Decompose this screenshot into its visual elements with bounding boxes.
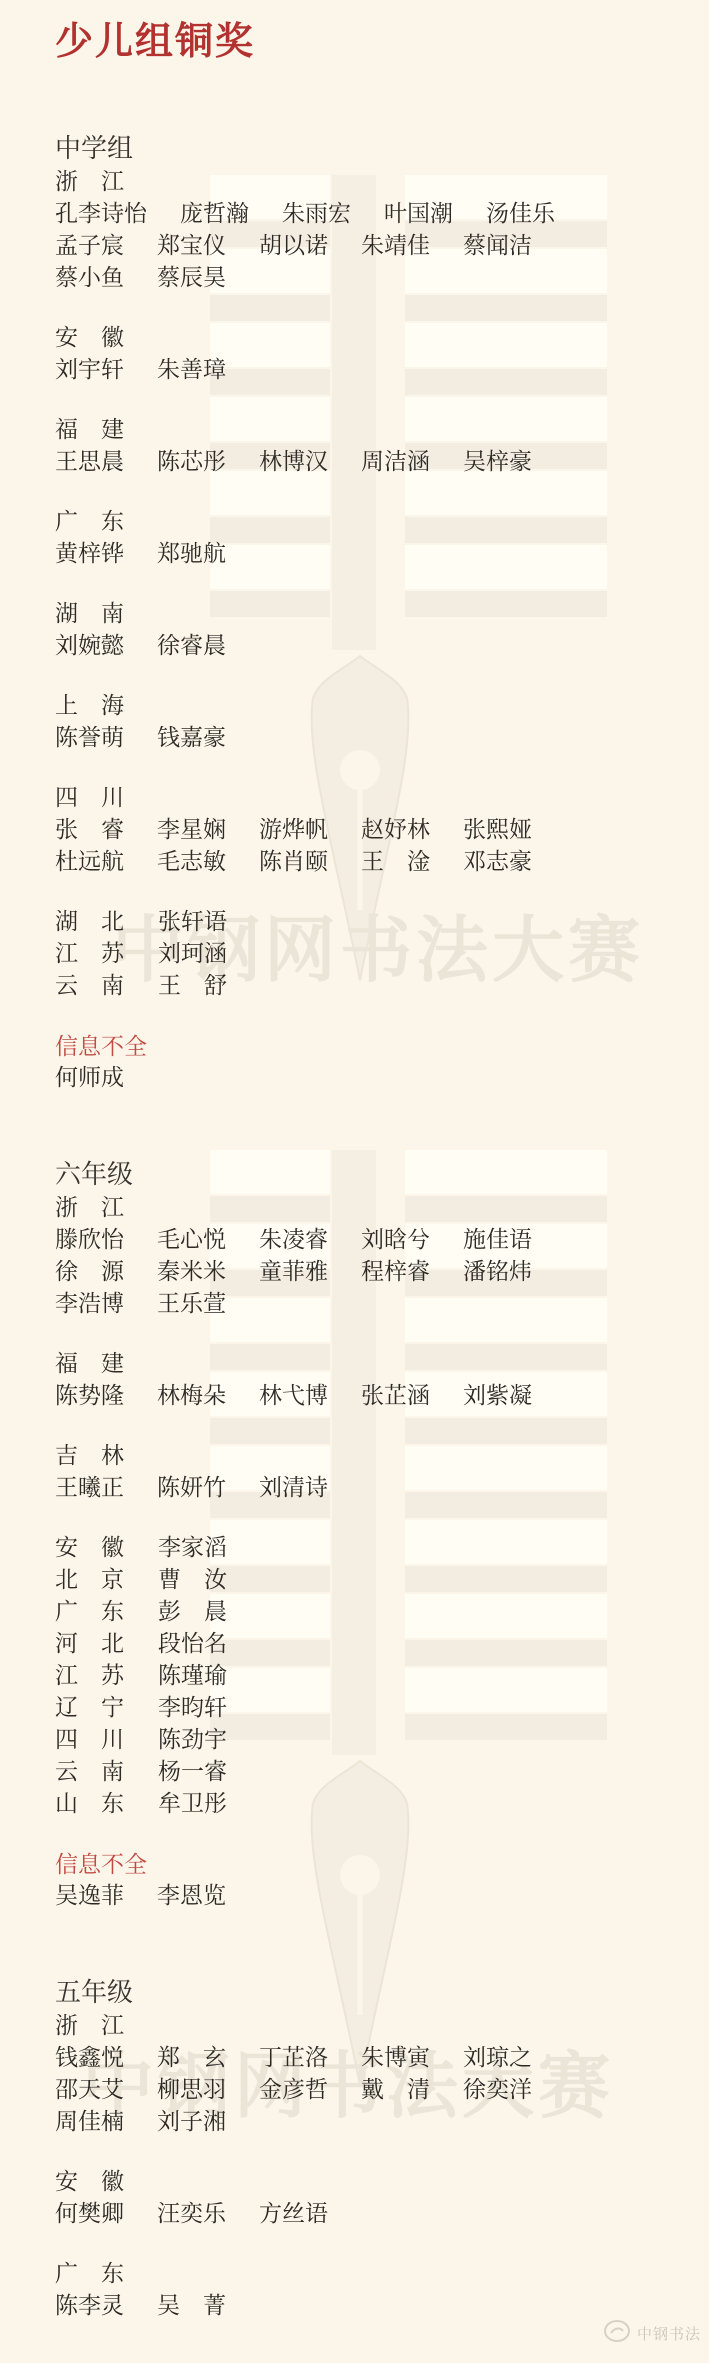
footer-brand: 中钢书法	[603, 2319, 701, 2347]
winner-name: 朱博寅	[361, 2042, 430, 2074]
winner-row: 刘宇轩朱善璋	[55, 354, 693, 386]
winner-name: 邵天艾	[55, 2074, 124, 2106]
winner-name: 吴逸菲	[55, 1880, 124, 1912]
incomplete-info-label: 信息不全	[55, 1848, 693, 1880]
winner-name: 朱靖佳	[361, 230, 430, 262]
grade-heading: 中学组	[55, 130, 693, 166]
winner-row: 陈李灵吴 菁	[55, 2290, 693, 2322]
winner-name: 黄梓铧	[55, 538, 124, 570]
winner-name: 游烨帆	[259, 814, 328, 846]
winner-row: 杜远航毛志敏陈肖颐王 淦邓志豪	[55, 846, 693, 878]
province-label: 江 苏	[55, 1660, 158, 1692]
winner-name: 王 淦	[361, 846, 430, 878]
winner-name: 柳思羽	[157, 2074, 226, 2106]
winner-name: 朱凌睿	[259, 1224, 328, 1256]
winner-name: 李浩博	[55, 1288, 124, 1320]
grade-section: 五年级浙 江钱鑫悦郑 玄丁芷洛朱博寅刘琼之邵天艾柳思羽金彦哲戴 清徐奕洋周佳楠刘…	[55, 1974, 693, 2322]
award-list: 中学组浙 江孔李诗怡庞哲瀚朱雨宏叶国潮汤佳乐孟子宸郑宝仪胡以诺朱靖佳蔡闻洁蔡小鱼…	[55, 130, 693, 2322]
winner-name: 刘宇轩	[55, 354, 124, 386]
winner-name: 徐睿晨	[157, 630, 226, 662]
grade-section: 六年级浙 江滕欣怡毛心悦朱凌睿刘晗兮施佳语徐 源秦米米童菲雅程梓睿潘铭炜李浩博王…	[55, 1156, 693, 1912]
winner-name: 孟子宸	[55, 230, 124, 262]
province-label: 湖 北	[55, 906, 158, 938]
winner-row: 四 川陈劲宇	[55, 1724, 693, 1756]
winner-name: 孔李诗怡	[55, 198, 147, 230]
winner-name: 陈势隆	[55, 1380, 124, 1412]
winner-name: 陈妍竹	[157, 1472, 226, 1504]
winner-row: 云 南杨一睿	[55, 1756, 693, 1788]
winner-name: 朱雨宏	[282, 198, 351, 230]
winner-row: 上 海	[55, 690, 693, 722]
winner-row: 陈势隆林梅朵林弋博张芷涵刘紫凝	[55, 1380, 693, 1412]
winner-row: 广 东彭 晨	[55, 1596, 693, 1628]
winner-row: 北 京曹 汝	[55, 1564, 693, 1596]
winner-row: 王曦正陈妍竹刘清诗	[55, 1472, 693, 1504]
winner-name: 毛心悦	[157, 1224, 226, 1256]
province-label: 吉 林	[55, 1440, 158, 1472]
winner-name: 徐奕洋	[463, 2074, 532, 2106]
winner-row: 云 南王 舒	[55, 970, 693, 1002]
winner-row: 浙 江	[55, 166, 693, 198]
winner-name: 林博汉	[259, 446, 328, 478]
award-page: 中钢网书法大赛 中钢网书法大赛 少儿组铜奖 中学组浙 江孔李诗怡庞哲瀚朱雨宏叶国…	[0, 0, 709, 2363]
winner-row: 辽 宁李昀轩	[55, 1692, 693, 1724]
winner-row: 王思晨陈芯彤林博汉周洁涵吴梓豪	[55, 446, 693, 478]
winner-name: 秦米米	[157, 1256, 226, 1288]
grade-section: 中学组浙 江孔李诗怡庞哲瀚朱雨宏叶国潮汤佳乐孟子宸郑宝仪胡以诺朱靖佳蔡闻洁蔡小鱼…	[55, 130, 693, 1094]
winner-name: 杨一睿	[158, 1756, 227, 1788]
winner-name: 陈瑾瑜	[158, 1660, 227, 1692]
winner-row: 孟子宸郑宝仪胡以诺朱靖佳蔡闻洁	[55, 230, 693, 262]
winner-name: 刘珂涵	[158, 938, 227, 970]
winner-row: 浙 江	[55, 1192, 693, 1224]
winner-row: 滕欣怡毛心悦朱凌睿刘晗兮施佳语	[55, 1224, 693, 1256]
winner-name: 赵妤林	[361, 814, 430, 846]
province-label: 辽 宁	[55, 1692, 158, 1724]
winner-row: 浙 江	[55, 2010, 693, 2042]
winner-row: 河 北段怡名	[55, 1628, 693, 1660]
winner-name: 王曦正	[55, 1472, 124, 1504]
winner-name: 周洁涵	[361, 446, 430, 478]
winner-name: 刘清诗	[259, 1472, 328, 1504]
winner-row: 刘婉懿徐睿晨	[55, 630, 693, 662]
winner-name: 李昀轩	[158, 1692, 227, 1724]
winner-name: 刘琼之	[463, 2042, 532, 2074]
province-label: 福 建	[55, 414, 158, 446]
winner-row: 何樊卿汪奕乐方丝语	[55, 2198, 693, 2230]
province-label: 浙 江	[55, 166, 158, 198]
winner-name: 蔡小鱼	[55, 262, 124, 294]
winner-row: 钱鑫悦郑 玄丁芷洛朱博寅刘琼之	[55, 2042, 693, 2074]
winner-row: 四 川	[55, 782, 693, 814]
winner-name: 叶国潮	[384, 198, 453, 230]
province-label: 福 建	[55, 1348, 158, 1380]
page-title: 少儿组铜奖	[55, 16, 693, 68]
winner-name: 童菲雅	[259, 1256, 328, 1288]
province-label: 上 海	[55, 690, 158, 722]
winner-name: 陈劲宇	[158, 1724, 227, 1756]
province-label: 安 徽	[55, 322, 158, 354]
province-label: 广 东	[55, 1596, 158, 1628]
winner-name: 蔡闻洁	[463, 230, 532, 262]
winner-name: 周佳楠	[55, 2106, 124, 2138]
winner-row: 安 徽李家滔	[55, 1532, 693, 1564]
winner-name: 王乐萱	[157, 1288, 226, 1320]
winner-name: 林弋博	[259, 1380, 328, 1412]
winner-row: 安 徽	[55, 2166, 693, 2198]
winner-row: 安 徽	[55, 322, 693, 354]
winner-name: 金彦哲	[259, 2074, 328, 2106]
brand-name: 中钢书法	[637, 2323, 701, 2344]
winner-name: 丁芷洛	[259, 2042, 328, 2074]
winner-row: 何师成	[55, 1062, 693, 1094]
province-label: 云 南	[55, 1756, 158, 1788]
winner-row: 吉 林	[55, 1440, 693, 1472]
winner-name: 吴 菁	[157, 2290, 226, 2322]
winner-name: 方丝语	[259, 2198, 328, 2230]
winner-name: 郑驰航	[157, 538, 226, 570]
grade-heading: 五年级	[55, 1974, 693, 2010]
grade-heading: 六年级	[55, 1156, 693, 1192]
winner-name: 郑 玄	[157, 2042, 226, 2074]
winner-name: 何樊卿	[55, 2198, 124, 2230]
winner-name: 吴梓豪	[463, 446, 532, 478]
winner-name: 胡以诺	[259, 230, 328, 262]
winner-name: 何师成	[55, 1062, 124, 1094]
province-label: 浙 江	[55, 2010, 158, 2042]
province-label: 江 苏	[55, 938, 158, 970]
winner-name: 钱嘉豪	[157, 722, 226, 754]
winner-row: 吴逸菲李恩览	[55, 1880, 693, 1912]
winner-name: 张 睿	[55, 814, 124, 846]
winner-name: 戴 清	[361, 2074, 430, 2106]
winner-name: 李星娴	[157, 814, 226, 846]
article-content: 少儿组铜奖 中学组浙 江孔李诗怡庞哲瀚朱雨宏叶国潮汤佳乐孟子宸郑宝仪胡以诺朱靖佳…	[55, 16, 693, 2322]
winner-name: 刘子湘	[157, 2106, 226, 2138]
winner-row: 孔李诗怡庞哲瀚朱雨宏叶国潮汤佳乐	[55, 198, 693, 230]
winner-row: 福 建	[55, 1348, 693, 1380]
province-label: 四 川	[55, 782, 158, 814]
winner-row: 周佳楠刘子湘	[55, 2106, 693, 2138]
winner-name: 蔡辰昊	[157, 262, 226, 294]
winner-row: 李浩博王乐萱	[55, 1288, 693, 1320]
winner-name: 程梓睿	[361, 1256, 430, 1288]
province-label: 广 东	[55, 506, 158, 538]
winner-name: 王 舒	[158, 970, 227, 1002]
winner-row: 江 苏刘珂涵	[55, 938, 693, 970]
winner-row: 徐 源秦米米童菲雅程梓睿潘铭炜	[55, 1256, 693, 1288]
province-label: 山 东	[55, 1788, 158, 1820]
winner-name: 张熙娅	[463, 814, 532, 846]
winner-row: 黄梓铧郑驰航	[55, 538, 693, 570]
winner-name: 张轩语	[158, 906, 227, 938]
winner-name: 段怡名	[158, 1628, 227, 1660]
winner-name: 汤佳乐	[486, 198, 555, 230]
incomplete-info-label: 信息不全	[55, 1030, 693, 1062]
winner-name: 邓志豪	[463, 846, 532, 878]
winner-name: 潘铭炜	[463, 1256, 532, 1288]
winner-row: 蔡小鱼蔡辰昊	[55, 262, 693, 294]
winner-row: 湖 南	[55, 598, 693, 630]
winner-name: 刘晗兮	[361, 1224, 430, 1256]
province-label: 云 南	[55, 970, 158, 1002]
province-label: 北 京	[55, 1564, 158, 1596]
winner-name: 徐 源	[55, 1256, 124, 1288]
winner-name: 李家滔	[158, 1532, 227, 1564]
winner-name: 曹 汝	[158, 1564, 227, 1596]
province-label: 湖 南	[55, 598, 158, 630]
winner-name: 彭 晨	[158, 1596, 227, 1628]
winner-name: 牟卫彤	[158, 1788, 227, 1820]
winner-row: 张 睿李星娴游烨帆赵妤林张熙娅	[55, 814, 693, 846]
winner-name: 郑宝仪	[157, 230, 226, 262]
province-label: 广 东	[55, 2258, 158, 2290]
winner-name: 毛志敏	[157, 846, 226, 878]
winner-name: 李恩览	[157, 1880, 226, 1912]
winner-row: 陈誉萌钱嘉豪	[55, 722, 693, 754]
winner-name: 汪奕乐	[157, 2198, 226, 2230]
winner-name: 张芷涵	[361, 1380, 430, 1412]
winner-row: 江 苏陈瑾瑜	[55, 1660, 693, 1692]
winner-name: 陈誉萌	[55, 722, 124, 754]
winner-name: 陈李灵	[55, 2290, 124, 2322]
winner-row: 山 东牟卫彤	[55, 1788, 693, 1820]
winner-name: 刘紫凝	[463, 1380, 532, 1412]
winner-name: 滕欣怡	[55, 1224, 124, 1256]
winner-name: 陈芯彤	[157, 446, 226, 478]
winner-row: 广 东	[55, 2258, 693, 2290]
winner-name: 钱鑫悦	[55, 2042, 124, 2074]
winner-name: 刘婉懿	[55, 630, 124, 662]
winner-name: 王思晨	[55, 446, 124, 478]
brand-logo-icon	[603, 2319, 631, 2347]
winner-row: 邵天艾柳思羽金彦哲戴 清徐奕洋	[55, 2074, 693, 2106]
winner-row: 广 东	[55, 506, 693, 538]
province-label: 安 徽	[55, 2166, 158, 2198]
province-label: 四 川	[55, 1724, 158, 1756]
winner-name: 陈肖颐	[259, 846, 328, 878]
winner-row: 福 建	[55, 414, 693, 446]
winner-name: 施佳语	[463, 1224, 532, 1256]
province-label: 安 徽	[55, 1532, 158, 1564]
winner-name: 庞哲瀚	[180, 198, 249, 230]
winner-name: 林梅朵	[157, 1380, 226, 1412]
winner-row: 湖 北张轩语	[55, 906, 693, 938]
winner-name: 朱善璋	[157, 354, 226, 386]
province-label: 河 北	[55, 1628, 158, 1660]
winner-name: 杜远航	[55, 846, 124, 878]
province-label: 浙 江	[55, 1192, 158, 1224]
